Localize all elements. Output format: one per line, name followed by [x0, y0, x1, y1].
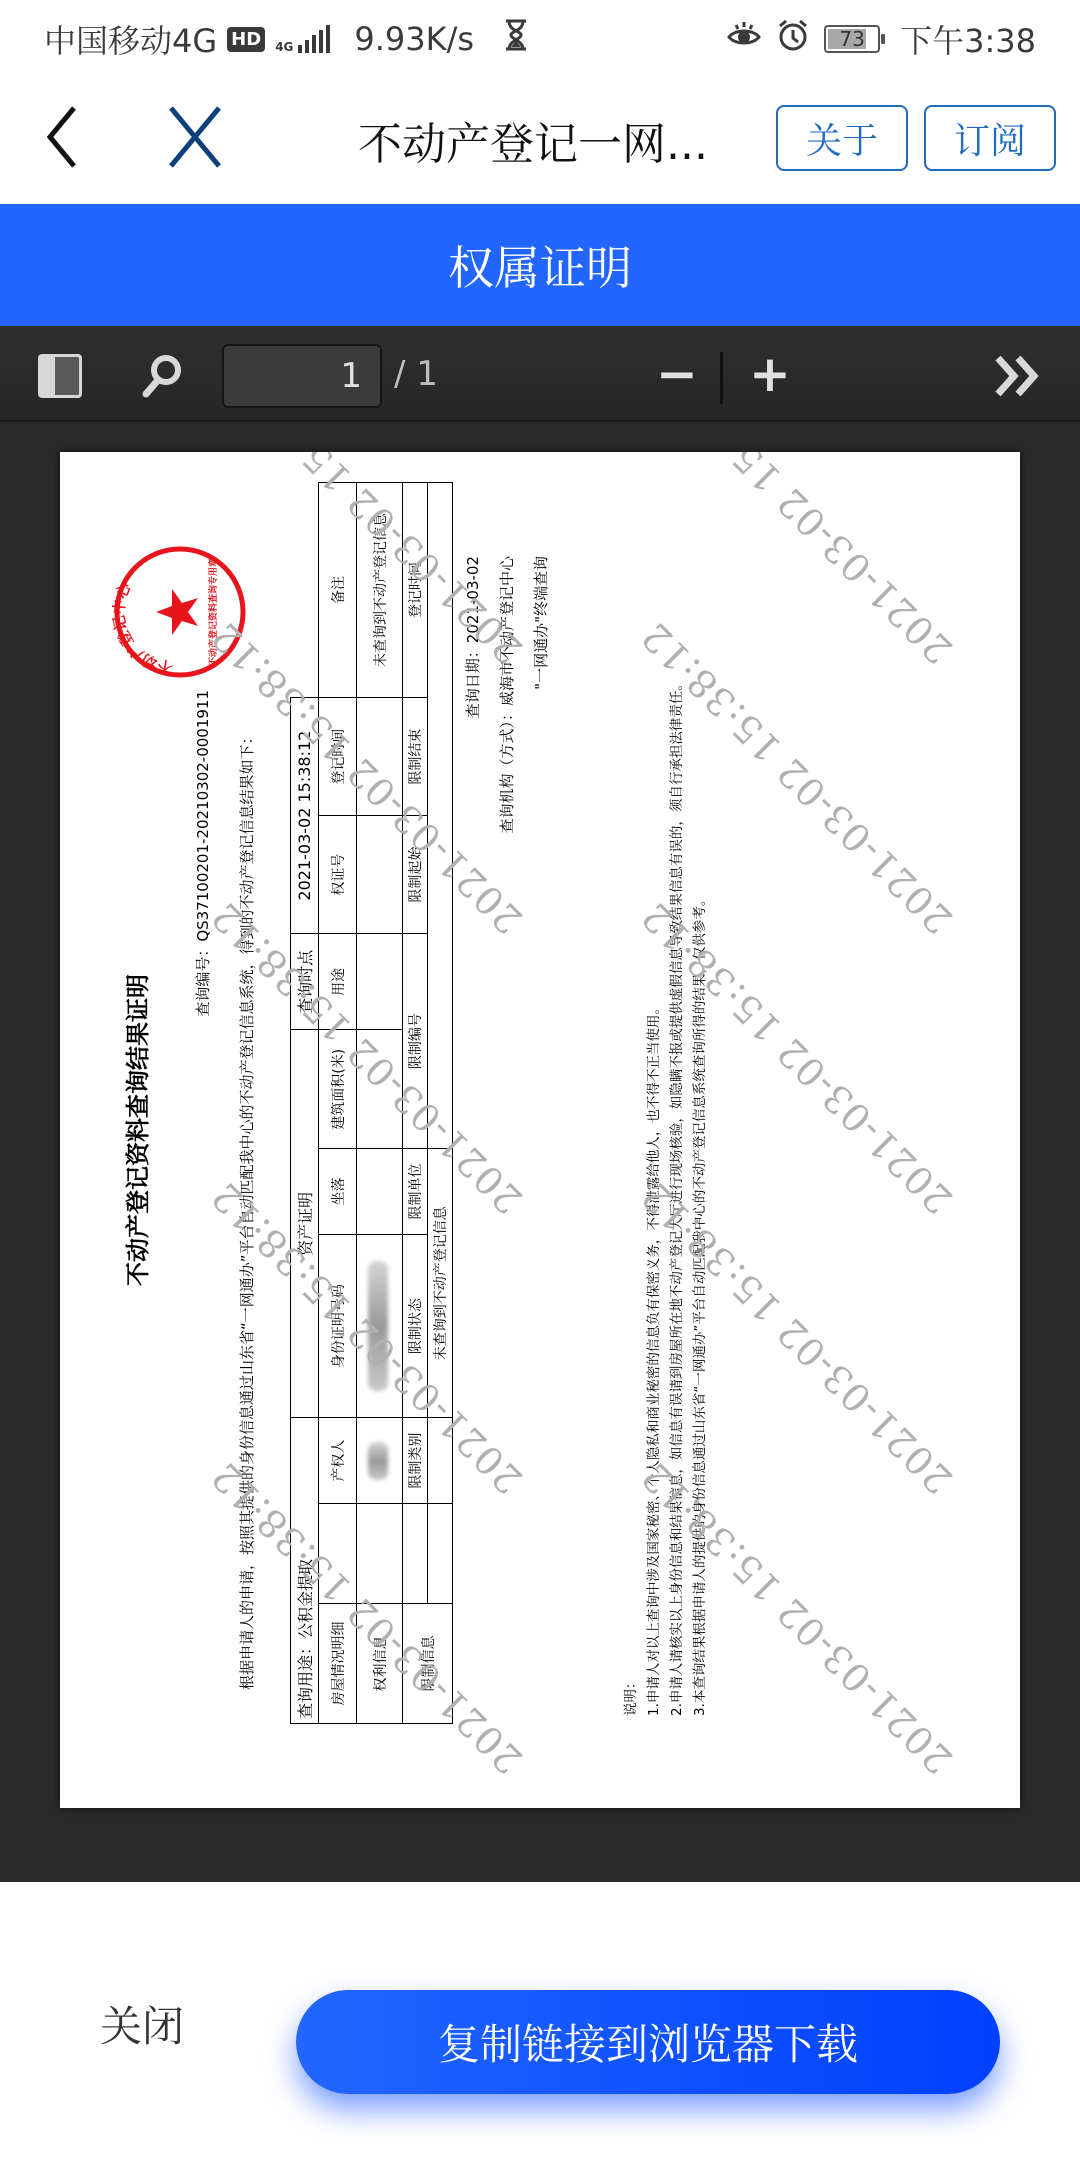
hourglass-icon — [504, 19, 528, 59]
result-table: 查询用途：公积金提取 资产证明 查询时点 2021-03-02 15:38:12… — [290, 482, 453, 1724]
table-header — [319, 1504, 357, 1604]
about-button[interactable]: 关于 — [776, 105, 908, 171]
double-chevron-right-icon — [992, 350, 1046, 402]
sidebar-toggle-icon[interactable] — [38, 354, 82, 398]
pdf-page: 不动产登记资料查询结果证明 查询编号：QS37100201-20210302-0… — [60, 452, 1020, 1808]
alarm-icon — [776, 18, 810, 60]
query-time-label: 查询时点 — [291, 934, 319, 1030]
query-method: "一网通办"终端查询 — [530, 556, 551, 690]
table-header: 登记时间 — [319, 698, 357, 816]
purpose-extra-cell: 资产证明 — [291, 1030, 319, 1418]
eye-icon — [726, 19, 762, 59]
subscribe-button[interactable]: 订阅 — [924, 105, 1056, 171]
close-button[interactable] — [165, 100, 225, 174]
note-item: 3.本查询结果根据申请人的提供的身份信息通过山东省“一网通办”平台自动匹配我中心… — [689, 677, 712, 1716]
signal-icon: 4G — [275, 25, 330, 53]
query-number: 查询编号：QS37100201-20210302-0001911 — [192, 690, 213, 1017]
table-header: 登记时间 — [403, 483, 428, 698]
copy-link-download-button[interactable]: 复制链接到浏览器下载 — [296, 1990, 1000, 2094]
svg-text:不动产登记资料查询专用章: 不动产登记资料查询专用章 — [207, 558, 219, 666]
table-header: 限制结束 — [403, 698, 428, 816]
page-number-input[interactable]: 1 — [222, 344, 382, 408]
table-header: 限制状态 — [403, 1234, 428, 1417]
table-header: 用途 — [319, 934, 357, 1030]
query-org: 查询机构（方式）：威海市不动产登记中心 — [496, 556, 517, 834]
close-icon — [165, 100, 225, 174]
back-icon — [40, 100, 90, 174]
svg-text:不动产登记中心: 不动产登记中心 — [112, 579, 174, 676]
zoom-out-button[interactable]: − — [656, 346, 696, 406]
table-header: 限制单位 — [403, 1149, 428, 1235]
carrier-label: 中国移动4G — [44, 16, 217, 62]
table-header: 备注 — [319, 483, 357, 698]
back-button[interactable] — [40, 100, 90, 174]
search-icon — [140, 352, 184, 400]
close-text-button[interactable]: 关闭 — [100, 1994, 184, 2054]
network-speed: 9.93K/s — [354, 20, 474, 58]
table-header: 限制类别 — [403, 1418, 428, 1504]
pdf-toolbar: 1 / 1 − + — [0, 326, 1080, 422]
more-tools-button[interactable] — [992, 350, 1046, 402]
row-label-house: 房屋情况明细 — [319, 1604, 357, 1724]
nav-bar: 不动产登记一网... 关于 订阅 — [0, 72, 1080, 204]
restriction-value: 未查询到不动产登记信息 — [428, 1149, 453, 1418]
document-content: 不动产登记资料查询结果证明 查询编号：QS37100201-20210302-0… — [60, 452, 1020, 1808]
bottom-action-bar: 关闭 复制链接到浏览器下载 — [0, 1882, 1080, 2160]
search-button[interactable] — [140, 352, 184, 400]
query-time-value: 2021-03-02 15:38:12 — [291, 698, 319, 934]
document-intro: 根据申请人的申请，按照其提供的身份信息通过山东省“一网通办”平台自动匹配我中心的… — [236, 729, 257, 1690]
table-header: 权证号 — [319, 816, 357, 934]
note-item: 1.申请人对以上查询中涉及国家秘密、个人隐私和商业秘密的信息负有保密义务，不得泄… — [643, 677, 666, 1716]
row-label-restriction: 限制信息 — [403, 1604, 453, 1724]
document-notes: 说明： 1.申请人对以上查询中涉及国家秘密、个人隐私和商业秘密的信息负有保密义务… — [620, 677, 712, 1716]
official-seal-icon: 不动产登记中心 不动产登记资料查询专用章 — [112, 544, 248, 680]
toolbar-divider — [720, 352, 723, 404]
table-header: 坐落 — [319, 1149, 357, 1235]
status-bar: 中国移动4G HD 4G 9.93K/s 73 下午3:38 — [0, 0, 1080, 72]
battery-icon: 73 — [824, 25, 880, 53]
page-count: / 1 — [394, 354, 438, 394]
section-header: 权属证明 — [0, 204, 1080, 326]
page-title: 不动产登记一网... — [358, 108, 708, 172]
purpose-cell: 查询用途：公积金提取 — [291, 1418, 319, 1724]
id-redacted — [357, 1234, 403, 1417]
query-date: 查询日期：2021-03-02 — [462, 556, 483, 718]
note-item: 2.申请人请核实以上身份信息和结果信息，如信息有误请到房屋所在地不动产登记大厅进… — [666, 677, 689, 1716]
row-label-rights: 权利信息 — [357, 1604, 403, 1724]
pdf-page-area[interactable]: 不动产登记资料查询结果证明 查询编号：QS37100201-20210302-0… — [0, 424, 1080, 1882]
rights-note: 未查询到不动产登记信息 — [357, 483, 403, 698]
table-header: 建筑面积(米) — [319, 1030, 357, 1149]
table-header: 限制起始 — [403, 816, 428, 934]
table-header: 限制编号 — [403, 934, 428, 1149]
table-header: 产权人 — [319, 1418, 357, 1504]
pdf-viewer: 1 / 1 − + 不动产登记资料查询结果证明 查询编号：QS37100201-… — [0, 326, 1080, 1882]
owner-redacted — [357, 1418, 403, 1504]
hd-badge-icon: HD — [227, 27, 265, 52]
clock-time: 下午3:38 — [900, 16, 1036, 62]
zoom-in-button[interactable]: + — [748, 346, 792, 406]
table-header: 身份证明号码 — [319, 1234, 357, 1417]
